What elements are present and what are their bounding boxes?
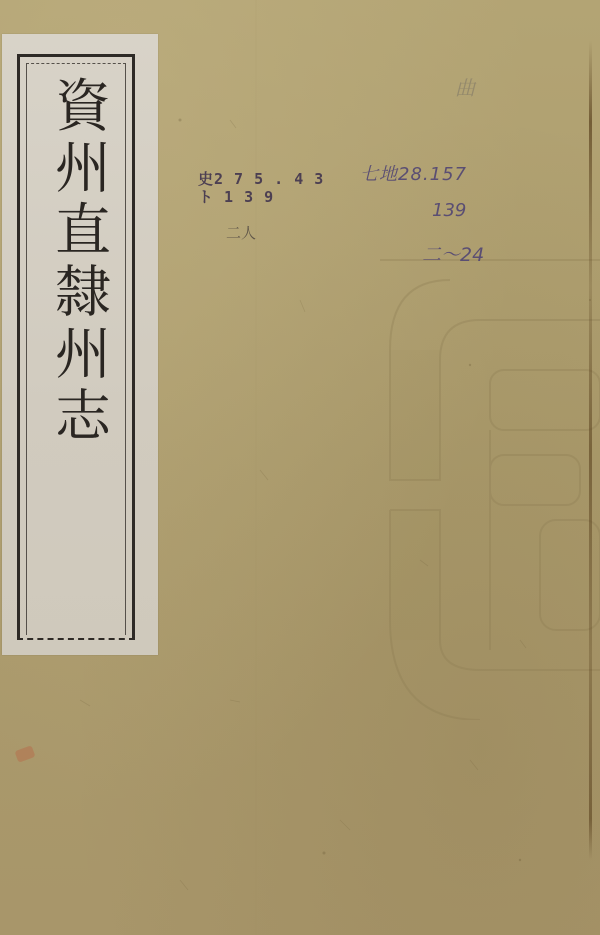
seal-watermark-icon	[380, 220, 600, 720]
handwritten-line-1: 七地28.157	[360, 160, 467, 186]
red-ink-mark	[14, 745, 35, 762]
faint-top-note: 曲	[455, 72, 475, 101]
handwritten-line-2: 139	[432, 200, 466, 221]
book-title: 資州直隸州志	[38, 76, 118, 448]
handwritten-line-3: 二〜24	[422, 240, 484, 267]
catalog-stamp-line1: 史2 7 5 . 4 3	[198, 170, 324, 188]
book-cover: 資州直隸州志 史2 7 5 . 4 3 ト 1 3 9 二人 曲 七地28.15…	[0, 0, 600, 935]
catalog-stamp: 史2 7 5 . 4 3 ト 1 3 9	[198, 170, 324, 206]
cover-spine-edge	[589, 40, 592, 860]
pencil-note: 二人	[226, 222, 256, 243]
catalog-stamp-line2: ト 1 3 9	[198, 188, 324, 206]
title-label: 資州直隸州志	[2, 34, 158, 655]
